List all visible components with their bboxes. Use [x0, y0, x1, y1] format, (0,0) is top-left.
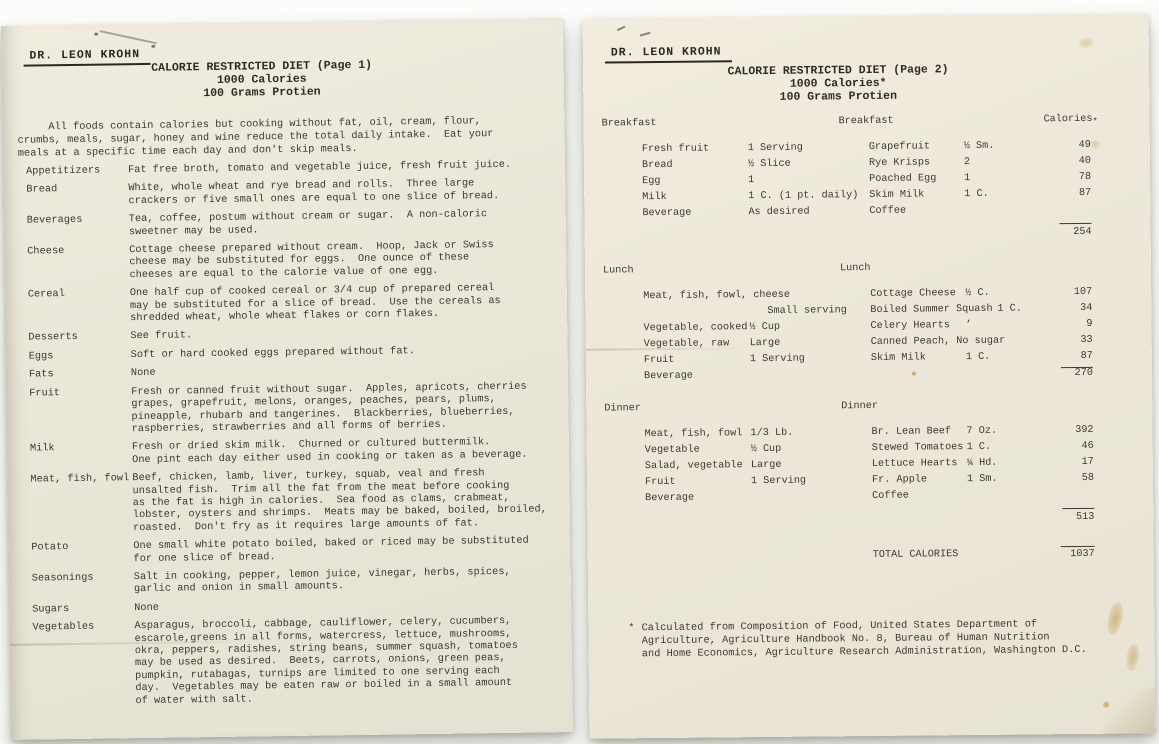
calories-value: 78 — [1059, 172, 1091, 188]
menu-food-quantity: 1 C. — [965, 303, 1060, 320]
page1-title-block: CALORIE RESTRICTED DIET (Page 1) 1000 Ca… — [2, 57, 522, 103]
food-category-row: DessertsSee fruit. — [28, 325, 561, 345]
pencil-dot — [151, 45, 155, 48]
category-description: White, whole wheat and rye bread and rol… — [128, 177, 559, 208]
category-description: Soft or hard cooked eggs prepared withou… — [131, 343, 562, 361]
category-description: One small white potato boiled, baked or … — [133, 534, 564, 565]
category-description: None — [134, 596, 565, 614]
footnote-asterisk: * — [628, 622, 642, 662]
item-name: Salad, vegetable — [645, 460, 751, 477]
menu-food-quantity: 1 — [964, 172, 1059, 189]
item-quantity: ½ Cup — [749, 321, 870, 338]
food-category-row: SeasoningsSalt in cooking, pepper, lemon… — [32, 565, 565, 597]
food-category-row: FatsNone — [29, 361, 562, 381]
menu-food-quantity — [964, 204, 1059, 221]
calories-value: 107 — [1060, 287, 1092, 303]
item-quantity: 1 — [748, 174, 869, 191]
meal-section-breakfast: BreakfastBreakfastCalories*Fresh fruit1 … — [584, 114, 1125, 243]
grand-total-value: 1037 — [1061, 546, 1095, 560]
item-quantity: Small serving — [749, 305, 870, 322]
food-category-row: CheeseCottage cheese prepared without cr… — [27, 238, 560, 283]
category-label: Beverages — [27, 213, 129, 239]
item-name: Fruit — [645, 476, 751, 493]
page2-title-block: CALORIE RESTRICTED DIET (Page 2) 1000 Ca… — [583, 62, 1093, 106]
menu-food-name: Br. Lean Beef — [871, 426, 966, 443]
category-description: Cottage cheese prepared without cream. H… — [129, 238, 560, 281]
item-quantity — [751, 491, 872, 508]
item-quantity — [750, 369, 871, 386]
stain — [1105, 601, 1125, 637]
menu-food-quantity: 7 Oz. — [966, 425, 1061, 442]
intro-paragraph: All foods contain calories but cooking w… — [17, 114, 537, 160]
calories-value: 58 — [1062, 473, 1094, 489]
calories-value: 392 — [1061, 425, 1093, 441]
category-label: Cheese — [27, 244, 130, 283]
item-quantity: 1 C. (1 pt. daily) — [748, 190, 869, 207]
item-quantity: 1/3 Lb. — [750, 427, 871, 444]
menu-food-name — [871, 368, 966, 385]
pencil-dash — [640, 32, 651, 37]
calories-value — [1062, 489, 1094, 505]
menu-food-name: Cottage Cheese — [870, 288, 965, 305]
footnote-text: Calculated from Composition of Food, Uni… — [642, 618, 1087, 662]
menu-food-name: Boiled Summer Squash — [870, 304, 965, 321]
corner-fold — [1099, 687, 1155, 734]
grand-total-row: TOTAL CALORIES 1037 — [588, 546, 1095, 571]
pencil-dot — [94, 33, 98, 36]
meal-name-left: Dinner — [604, 403, 641, 414]
item-name — [643, 306, 749, 323]
calories-subtitle: 1000 Calories* — [790, 77, 887, 91]
item-quantity: As desired — [748, 206, 869, 223]
menu-food-name: Coffee — [872, 490, 967, 507]
category-description: Salt in cooking, pepper, lemon juice, vi… — [134, 565, 565, 596]
food-category-row: CerealOne half cup of cooked cereal or 3… — [28, 281, 561, 326]
item-name: Fruit — [644, 354, 750, 371]
calories-column-header: Calories* — [1043, 114, 1097, 128]
grand-total-label: TOTAL CALORIES — [873, 549, 959, 561]
food-category-row: VegetablesAsparagus, broccoli, cabbage, … — [32, 614, 566, 708]
meal-tables: BreakfastBreakfastCalories*Fresh fruit1 … — [583, 13, 1149, 18]
category-label: Potato — [31, 540, 133, 566]
menu-food-quantity: 1 C. — [967, 441, 1062, 458]
food-category-row: SugarsNone — [32, 596, 565, 616]
item-quantity: 1 Serving — [750, 353, 871, 370]
menu-food-name: Fr. Apple — [872, 474, 967, 491]
menu-food-name: Skim Milk — [871, 352, 966, 369]
food-category-row: AppetitizersFat free broth, tomato and v… — [26, 158, 559, 178]
menu-food-quantity — [967, 489, 1062, 506]
menu-food-quantity: 1 Sm. — [967, 473, 1062, 490]
menu-food-name: Canned Peach, No sugar — [871, 336, 966, 353]
pencil-dash — [617, 26, 626, 32]
meal-name-mid: Dinner — [841, 401, 878, 412]
food-category-row: MilkFresh or dried skim milk. Churned or… — [30, 435, 563, 467]
calories-value: 46 — [1062, 441, 1094, 457]
meal-name-mid: Breakfast — [839, 116, 894, 128]
meal-total-block: 254 — [585, 223, 1092, 243]
menu-food-quantity: 1 C. — [964, 188, 1059, 205]
category-description: See fruit. — [130, 325, 561, 343]
calories-header-asterisk: * — [1092, 117, 1098, 127]
meal-header-row: DinnerDinner — [586, 399, 1126, 420]
meal-total-value: 513 — [587, 509, 1094, 528]
menu-food-name: Stewed Tomatoes — [872, 442, 967, 459]
menu-food-quantity: ½ C. — [965, 287, 1060, 304]
diet-definition-list: AppetitizersFat free broth, tomato and v… — [3, 158, 567, 715]
item-quantity: 1 Serving — [748, 142, 869, 159]
category-label: Seasonings — [32, 571, 134, 597]
doctor-name: DR. LEON KROHN — [605, 45, 732, 63]
category-label: Sugars — [32, 602, 134, 616]
item-name: Meat, fish, fowl — [644, 428, 750, 445]
item-quantity: ½ Slice — [748, 158, 869, 175]
category-description: Fresh or dried skim milk. Churned or cul… — [132, 435, 563, 466]
menu-food-quantity: 1 C. — [966, 351, 1061, 368]
menu-food-quantity: 2 — [964, 156, 1059, 173]
protein-subtitle: 100 Grams Protien — [780, 90, 897, 104]
meal-section-lunch: LunchLunchMeat, fish, fowl, cheeseCottag… — [585, 261, 1126, 388]
protein-subtitle: 100 Grams Protien — [203, 86, 320, 101]
menu-food-name: Lettuce Hearts — [872, 458, 967, 475]
footnote: * Calculated from Composition of Food, U… — [628, 618, 1086, 662]
item-name: Egg — [642, 175, 748, 192]
stain — [1079, 38, 1094, 48]
category-description: One half cup of cooked cereal or 3/4 cup… — [130, 281, 561, 324]
diet-sheet-page-1: DR. LEON KROHN CALORIE RESTRICTED DIET (… — [1, 18, 573, 740]
calories-value: 40 — [1059, 156, 1091, 172]
menu-food-name: Rye Krisps — [869, 157, 964, 174]
calories-value: 17 — [1062, 457, 1094, 473]
menu-food-name: Grapefruit — [869, 141, 964, 158]
food-category-row: PotatoOne small white potato boiled, bak… — [31, 534, 564, 566]
calories-value: 34 — [1060, 303, 1092, 319]
category-description: Asparagus, broccoli, cabbage, cauliflowe… — [134, 614, 566, 707]
calories-value: 87 — [1059, 188, 1091, 204]
food-category-row: BeveragesTea, coffee, postum without cre… — [27, 207, 560, 239]
item-quantity: Large — [751, 459, 872, 476]
item-name: Fresh fruit — [642, 143, 748, 160]
menu-food-name: Skim Milk — [869, 189, 964, 206]
item-quantity: 1 Serving — [751, 475, 872, 492]
food-category-row: BreadWhite, whole wheat and rye bread an… — [26, 177, 559, 209]
menu-food-name: Celery Hearts — [870, 320, 965, 337]
food-category-row: EggsSoft or hard cooked eggs prepared wi… — [29, 343, 562, 363]
item-name: Vegetable, raw — [644, 338, 750, 355]
meal-total-value: 254 — [585, 224, 1092, 243]
meal-name-mid: Lunch — [840, 263, 871, 274]
item-name: Beverage — [645, 492, 751, 509]
item-quantity: Large — [750, 337, 871, 354]
category-label: Meat, fish, fowl — [30, 472, 133, 535]
menu-food-quantity: ’ — [965, 319, 1060, 336]
food-category-row: FruitFresh or canned fruit without sugar… — [29, 380, 563, 437]
item-quantity: ½ Cup — [751, 443, 872, 460]
category-description: Beef, chicken, lamb, liver, turkey, squa… — [132, 466, 564, 534]
menu-food-quantity — [966, 367, 1061, 384]
item-quantity — [749, 289, 870, 306]
meal-name-left: Lunch — [603, 265, 634, 276]
category-description: Fresh or canned fruit without sugar. App… — [131, 380, 563, 436]
item-name: Beverage — [642, 207, 748, 224]
menu-food-quantity — [966, 335, 1061, 352]
category-label: Fats — [29, 367, 131, 381]
category-label: Milk — [30, 441, 132, 467]
meal-total-block: 513 — [587, 508, 1094, 528]
item-name: Milk — [642, 191, 748, 208]
meal-section-dinner: DinnerDinnerMeat, fish, fowl1/3 Lb.Br. L… — [586, 399, 1127, 528]
calories-header-text: Calories — [1043, 114, 1092, 125]
item-name: Bread — [642, 159, 748, 176]
category-description: Tea, coffee, postum without cream or sug… — [129, 207, 560, 238]
meal-header-row: LunchLunch — [585, 261, 1125, 282]
menu-food-name: Coffee — [869, 205, 964, 222]
calories-value: 49 — [1059, 140, 1091, 156]
item-name: Vegetable — [645, 444, 751, 461]
category-label: Fruit — [29, 386, 132, 437]
food-category-row: Meat, fish, fowlBeef, chicken, lamb, liv… — [30, 466, 564, 535]
item-name: Vegetable, cooked — [643, 322, 749, 339]
calories-value: 9 — [1060, 319, 1092, 335]
calories-value: 87 — [1061, 351, 1093, 367]
category-label: Eggs — [29, 349, 131, 363]
meal-name-left: Breakfast — [602, 118, 657, 130]
stain — [1125, 643, 1141, 672]
item-name: Meat, fish, fowl, cheese — [643, 290, 749, 307]
meal-header-row: BreakfastBreakfastCalories* — [584, 114, 1124, 135]
diet-sheet-page-2: DR. LEON KROHN CALORIE RESTRICTED DIET (… — [583, 13, 1156, 738]
menu-food-quantity: ½ Sm. — [964, 140, 1059, 157]
menu-food-quantity: ¼ Hd. — [967, 457, 1062, 474]
pencil-mark — [100, 30, 157, 44]
category-label: Appetitizers — [26, 164, 128, 178]
category-label: Desserts — [28, 331, 130, 345]
menu-food-name: Poached Egg — [869, 173, 964, 190]
meal-total-value: 270 — [1061, 367, 1093, 383]
calories-subtitle: 1000 Calories — [217, 73, 307, 87]
item-name: Beverage — [644, 370, 750, 387]
calories-value: 33 — [1061, 335, 1093, 351]
calories-value — [1059, 204, 1091, 220]
page-title: CALORIE RESTRICTED DIET (Page 2) — [728, 63, 949, 78]
category-label: Cereal — [28, 287, 131, 326]
category-description: Fat free broth, tomato and vegetable jui… — [128, 158, 559, 176]
category-label: Vegetables — [32, 620, 135, 708]
category-label: Bread — [26, 183, 128, 209]
category-description: None — [131, 361, 562, 379]
